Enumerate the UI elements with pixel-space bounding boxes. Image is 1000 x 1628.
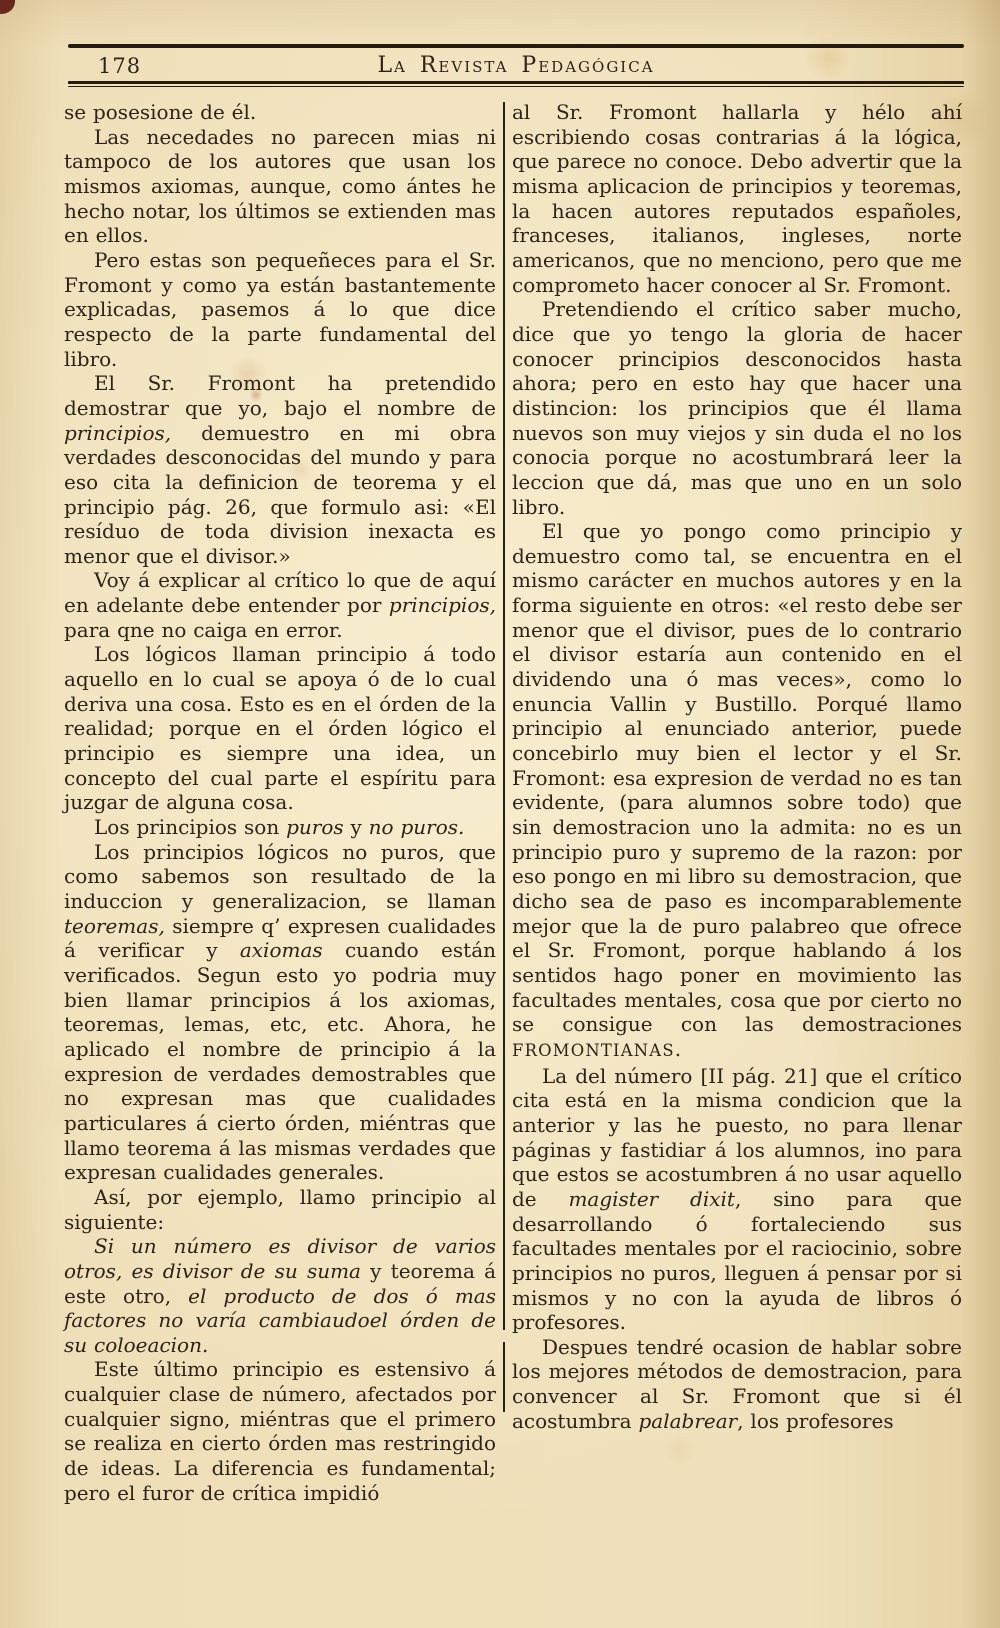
italic-text: principios, [389,593,496,617]
text-run: . [675,1037,681,1061]
scanned-journal-page: 178 La Revista Pedagógica se posesione d… [0,0,1000,1628]
italic-text: teoremas, [64,914,165,938]
corner-stain [0,0,15,14]
text-run: Los lógicos llaman principio á todo aque… [64,642,496,814]
italic-text: no puros. [369,815,465,839]
article-body: se posesione de él.Las necedades no pare… [64,100,962,1505]
paragraph: Los principios lógicos no puros, que com… [64,840,496,1185]
paragraph: La del número [II pág. 21] que el crític… [512,1064,962,1335]
text-run: Pero estas son pequeñeces para el Sr. Fr… [64,248,496,371]
text-run: Los principios lógicos no puros, que com… [64,840,496,913]
text-run: cuando están verificados. Segun esto yo … [64,938,496,1184]
text-run: Pretendiendo el crítico saber mucho, dic… [512,297,962,518]
paragraph: Las necedades no parecen mias ni tampoco… [64,125,496,248]
paragraph: Los principios son puros y no puros. [64,815,496,840]
paragraph: El que yo pongo como principio y demuest… [512,519,962,1063]
text-run: Las necedades no parecen mias ni tampoco… [64,125,496,248]
header-rule-top [68,44,964,48]
text-run: El Sr. Fromont ha pretendido demostrar q… [64,371,496,420]
italic-text: axiomas [240,938,323,962]
paragraph: Los lógicos llaman principio á todo aque… [64,642,496,815]
text-run: , los profesores [737,1409,893,1433]
italic-text: magister dixit [568,1187,735,1211]
text-run: para qne no caiga en error. [64,618,343,642]
text-run: El que yo pongo como principio y demuest… [512,519,962,1036]
journal-title: La Revista Pedagógica [68,53,964,78]
italic-text: palabrear [638,1409,737,1433]
italic-text: principios, [64,421,171,445]
text-run: se posesione de él. [64,100,256,124]
paragraph: Despues tendré ocasion de hablar sobre l… [512,1335,962,1434]
paragraph: se posesione de él. [64,100,496,125]
paragraph: Voy á explicar al crítico lo que de aquí… [64,568,496,642]
smallcaps-text: FROMONTIANAS [512,1041,675,1060]
italic-text: puros [286,815,344,839]
right-column: al Sr. Fromont hallarla y hélo ahí escri… [512,100,962,1433]
page-header: 178 La Revista Pedagógica [68,50,964,80]
paragraph: Pretendiendo el crítico saber mucho, dic… [512,297,962,519]
paragraph: Pero estas son pequeñeces para el Sr. Fr… [64,248,496,371]
text-run: al Sr. Fromont hallarla y hélo ahí escri… [512,100,962,297]
paragraph: El Sr. Fromont ha pretendido demostrar q… [64,371,496,568]
paragraph: Así, por ejemplo, llamo principio al sig… [64,1185,496,1234]
paragraph: al Sr. Fromont hallarla y hélo ahí escri… [512,100,962,297]
text-run: Los principios son [94,815,286,839]
paragraph: Si un número es divisor de varios otros,… [64,1234,496,1357]
text-run: Así, por ejemplo, llamo principio al sig… [64,1185,496,1234]
left-column: se posesione de él.Las necedades no pare… [64,100,496,1505]
header-rule-bottom [68,81,964,87]
text-run: y [344,815,369,839]
column-divider [503,102,505,1412]
text-run: Este último principio es estensivo á cua… [64,1357,496,1504]
paragraph: Este último principio es estensivo á cua… [64,1357,496,1505]
